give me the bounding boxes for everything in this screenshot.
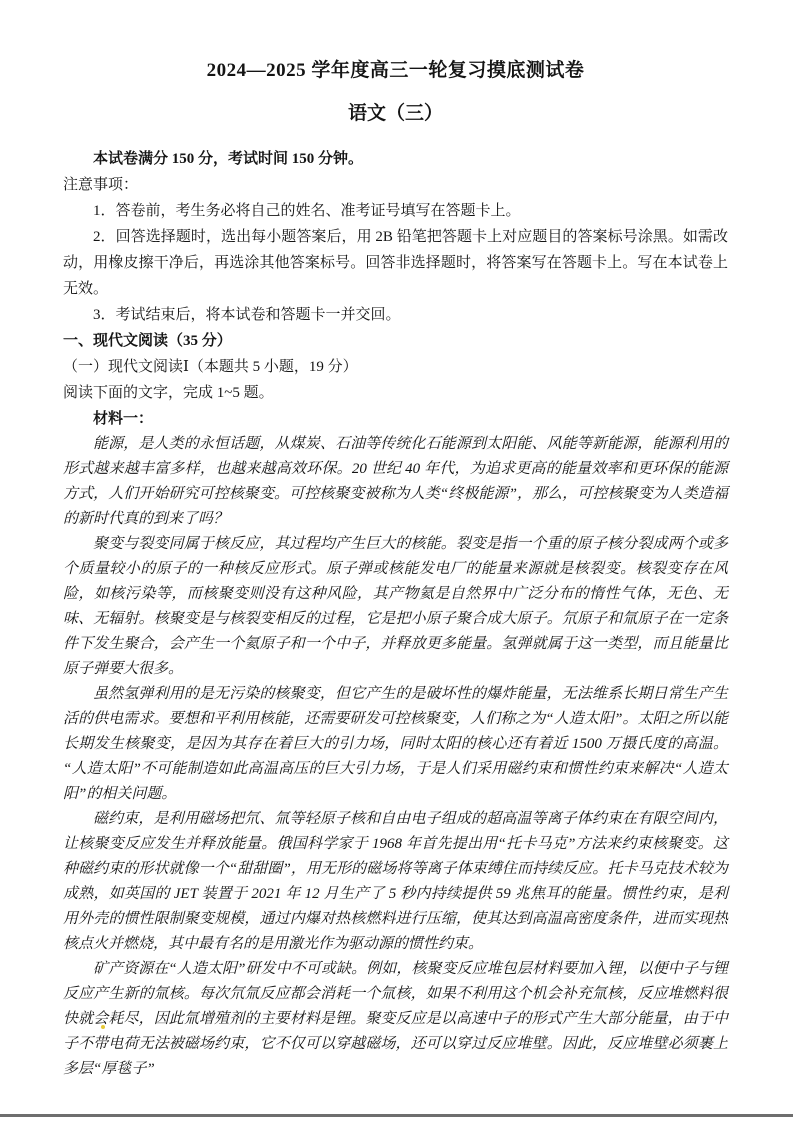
material-paragraph: 虽然氢弹利用的是无污染的核聚变，但它产生的是破坏性的爆炸能量，无法维系长期日常生…	[63, 682, 728, 807]
material-paragraph: 能源，是人类的永恒话题，从煤炭、石油等传统化石能源到太阳能、风能等新能源，能源利…	[63, 432, 728, 532]
document-content: 2024—2025 学年度高三一轮复习摸底测试卷 语文（三） 本试卷满分 150…	[63, 56, 728, 1082]
page-title: 2024—2025 学年度高三一轮复习摸底测试卷	[63, 56, 728, 86]
page-bottom-edge-line	[0, 1114, 793, 1117]
subsection-heading-reading-1: （一）现代文阅读Ⅰ（本题共 5 小题，19 分）	[63, 354, 728, 380]
reading-instruction: 阅读下面的文字，完成 1~5 题。	[63, 380, 728, 406]
scan-artifact-dot	[101, 1025, 105, 1029]
notice-item: 3．考试结束后，将本试卷和答题卡一并交回。	[63, 302, 728, 328]
material-one-label: 材料一：	[63, 406, 728, 432]
page-subtitle: 语文（三）	[63, 99, 728, 129]
header-block: 本试卷满分 150 分，考试时间 150 分钟。 注意事项： 1．答卷前，考生务…	[63, 146, 728, 432]
notice-heading: 注意事项：	[63, 172, 728, 198]
material-paragraph: 聚变与裂变同属于核反应，其过程均产生巨大的核能。裂变是指一个重的原子核分裂成两个…	[63, 532, 728, 682]
material-paragraph: 磁约束，是利用磁场把氘、氚等轻原子核和自由电子组成的超高温等离子体约束在有限空间…	[63, 807, 728, 957]
material-one-body: 能源，是人类的永恒话题，从煤炭、石油等传统化石能源到太阳能、风能等新能源，能源利…	[63, 432, 728, 1082]
notice-item: 1．答卷前，考生务必将自己的姓名、准考证号填写在答题卡上。	[63, 198, 728, 224]
notice-item: 2．回答选择题时，选出每小题答案后，用 2B 铅笔把答题卡上对应题目的答案标号涂…	[63, 224, 728, 302]
exam-paper-page: { "colors":{ "text":"#141414", "page_bg"…	[0, 0, 793, 1122]
section-heading-modern-reading: 一、现代文阅读（35 分）	[63, 328, 728, 354]
material-paragraph: 矿产资源在“人造太阳”研发中不可或缺。例如，核聚变反应堆包层材料要加入锂，以便中…	[63, 957, 728, 1082]
exam-info: 本试卷满分 150 分，考试时间 150 分钟。	[63, 146, 728, 172]
